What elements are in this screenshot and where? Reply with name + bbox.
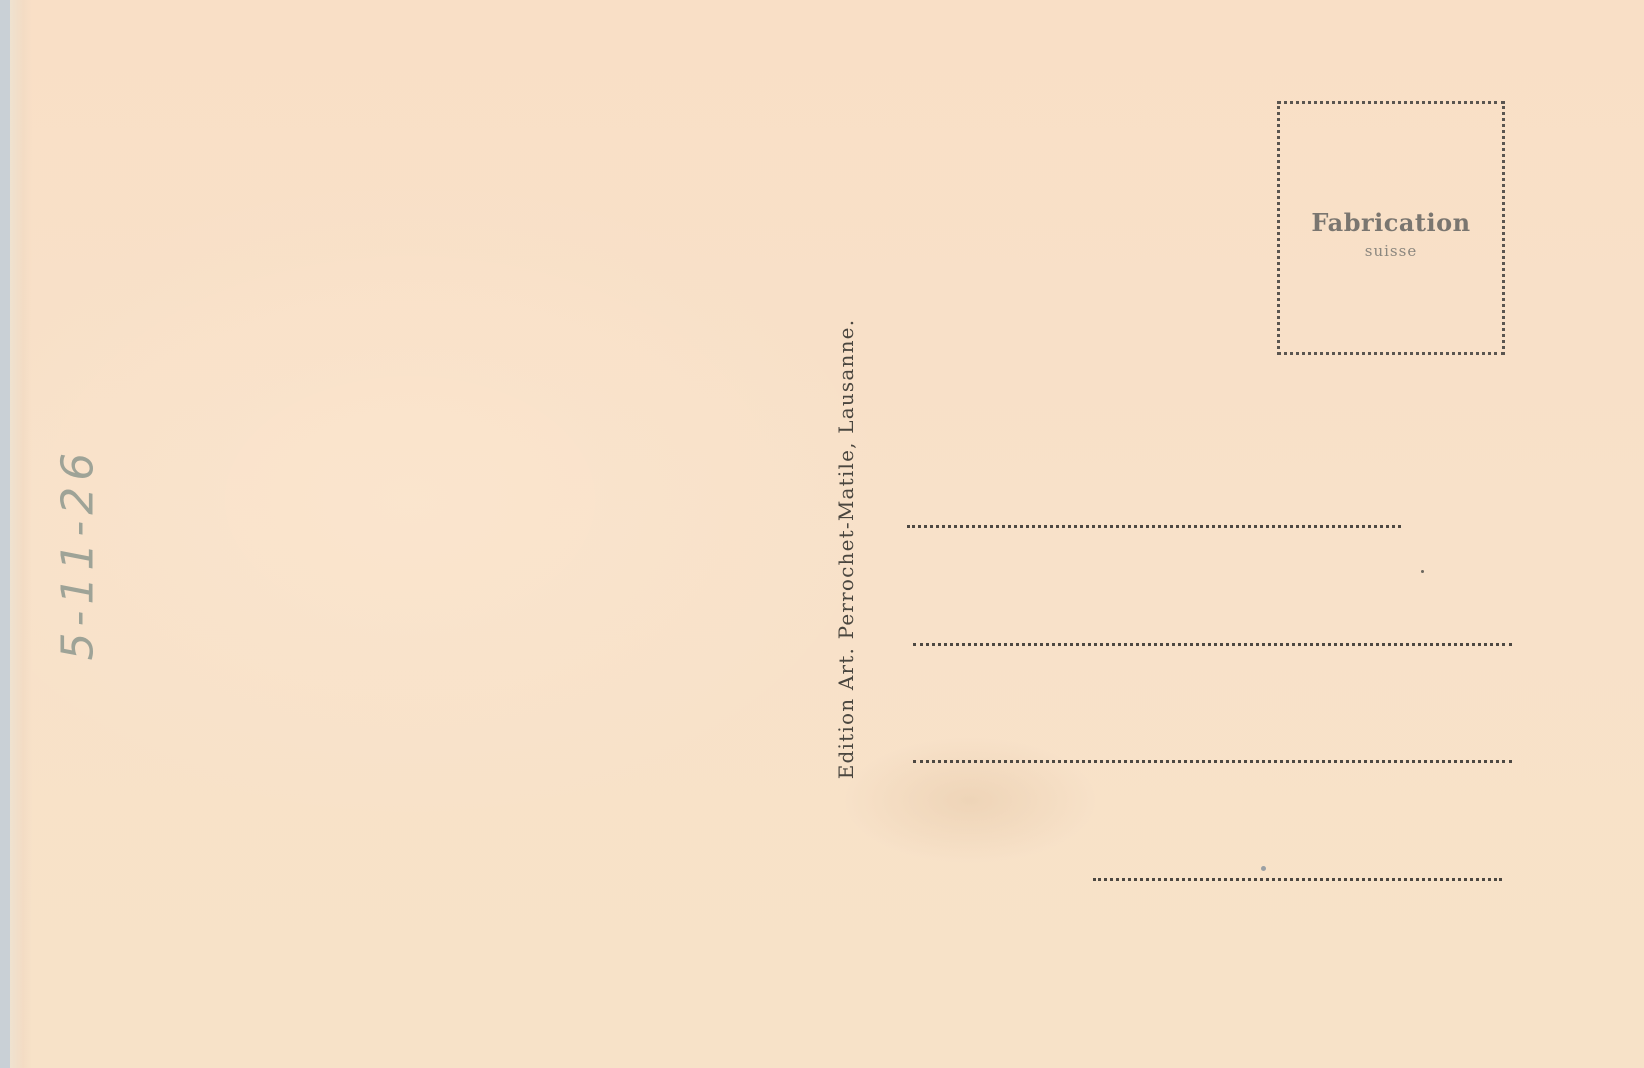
address-line-4 [1093, 878, 1502, 881]
address-line-3 [913, 760, 1512, 763]
worn-left-edge [10, 0, 32, 1068]
handwritten-date-note: 5-11-26 [53, 541, 104, 661]
publisher-imprint: Edition Art. Perrochet-Matile, Lausanne. [833, 266, 859, 832]
stamp-placement-box: Fabrication suisse [1277, 101, 1505, 355]
address-line-2 [913, 643, 1512, 646]
address-line-1 [907, 525, 1401, 528]
stamp-box-subtitle: suisse [1280, 242, 1502, 260]
ink-speck [1421, 570, 1424, 573]
ink-speck [1261, 866, 1266, 871]
postcard-back: 5-11-26 Edition Art. Perrochet-Matile, L… [10, 0, 1644, 1068]
stamp-box-title: Fabrication [1280, 208, 1502, 237]
